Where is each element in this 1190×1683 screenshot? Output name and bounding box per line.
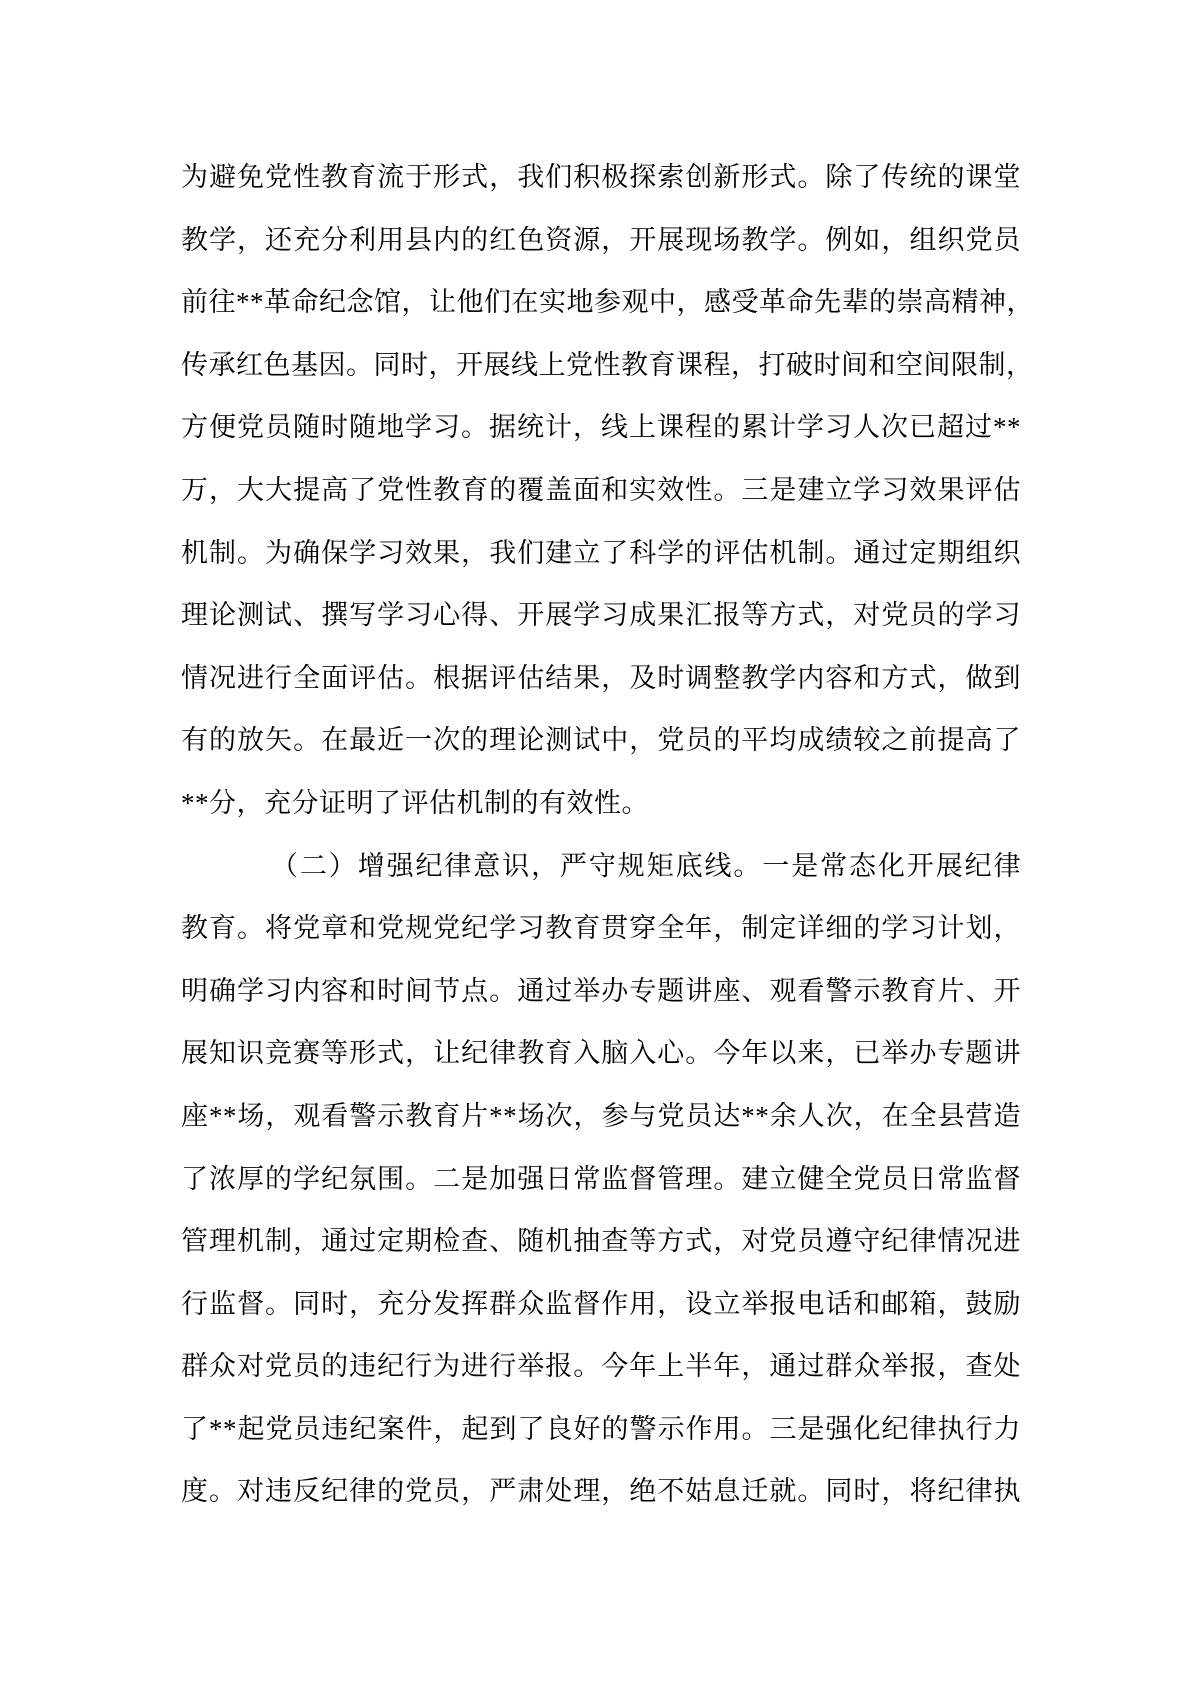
text-line: 度。对违反纪律的党员，严肃处理，绝不姑息迁就。同时，将纪律执 bbox=[181, 1460, 1021, 1523]
text-line: 了浓厚的学纪氛围。二是加强日常监督管理。建立健全党员日常监督 bbox=[181, 1148, 1021, 1211]
text-line: 机制。为确保学习效果，我们建立了科学的评估机制。通过定期组织 bbox=[181, 522, 1021, 585]
text-line: 万，大大提高了党性教育的覆盖面和实效性。三是建立学习效果评估 bbox=[181, 459, 1021, 522]
text-line: 管理机制，通过定期检查、随机抽查等方式，对党员遵守纪律情况进 bbox=[181, 1210, 1021, 1273]
text-line: 为避免党性教育流于形式，我们积极探索创新形式。除了传统的课堂 bbox=[181, 146, 1021, 209]
text-line: 行监督。同时，充分发挥群众监督作用，设立举报电话和邮箱，鼓励 bbox=[181, 1273, 1021, 1336]
text-line: 方便党员随时随地学习。据统计，线上课程的累计学习人次已超过** bbox=[181, 396, 1021, 459]
text-line: 理论测试、撰写学习心得、开展学习成果汇报等方式，对党员的学习 bbox=[181, 584, 1021, 647]
text-line: 前往**革命纪念馆，让他们在实地参观中，感受革命先辈的崇高精神， bbox=[181, 271, 1021, 334]
paragraph: 为避免党性教育流于形式，我们积极探索创新形式。除了传统的课堂教学，还充分利用县内… bbox=[181, 146, 1021, 835]
text-line: 展知识竞赛等形式，让纪律教育入脑入心。今年以来，已举办专题讲 bbox=[181, 1022, 1021, 1085]
text-line: 情况进行全面评估。根据评估结果，及时调整教学内容和方式，做到 bbox=[181, 647, 1021, 710]
document-page: 为避免党性教育流于形式，我们积极探索创新形式。除了传统的课堂教学，还充分利用县内… bbox=[0, 0, 1190, 1683]
text-line: 群众对党员的违纪行为进行举报。今年上半年，通过群众举报，查处 bbox=[181, 1335, 1021, 1398]
text-line: 明确学习内容和时间节点。通过举办专题讲座、观看警示教育片、开 bbox=[181, 960, 1021, 1023]
text-line: （二）增强纪律意识，严守规矩底线。一是常态化开展纪律 bbox=[181, 835, 1021, 898]
text-line: 了**起党员违纪案件，起到了良好的警示作用。三是强化纪律执行力 bbox=[181, 1398, 1021, 1461]
paragraph: （二）增强纪律意识，严守规矩底线。一是常态化开展纪律教育。将党章和党规党纪学习教… bbox=[181, 835, 1021, 1524]
text-line: 传承红色基因。同时，开展线上党性教育课程，打破时间和空间限制， bbox=[181, 334, 1021, 397]
text-line: 教学，还充分利用县内的红色资源，开展现场教学。例如，组织党员 bbox=[181, 209, 1021, 272]
text-line: **分，充分证明了评估机制的有效性。 bbox=[181, 772, 1021, 835]
text-line: 座**场，观看警示教育片**场次，参与党员达**余人次，在全县营造 bbox=[181, 1085, 1021, 1148]
text-line: 教育。将党章和党规党纪学习教育贯穿全年，制定详细的学习计划， bbox=[181, 897, 1021, 960]
document-body-text: 为避免党性教育流于形式，我们积极探索创新形式。除了传统的课堂教学，还充分利用县内… bbox=[181, 146, 1021, 1523]
text-line: 有的放矢。在最近一次的理论测试中，党员的平均成绩较之前提高了 bbox=[181, 709, 1021, 772]
